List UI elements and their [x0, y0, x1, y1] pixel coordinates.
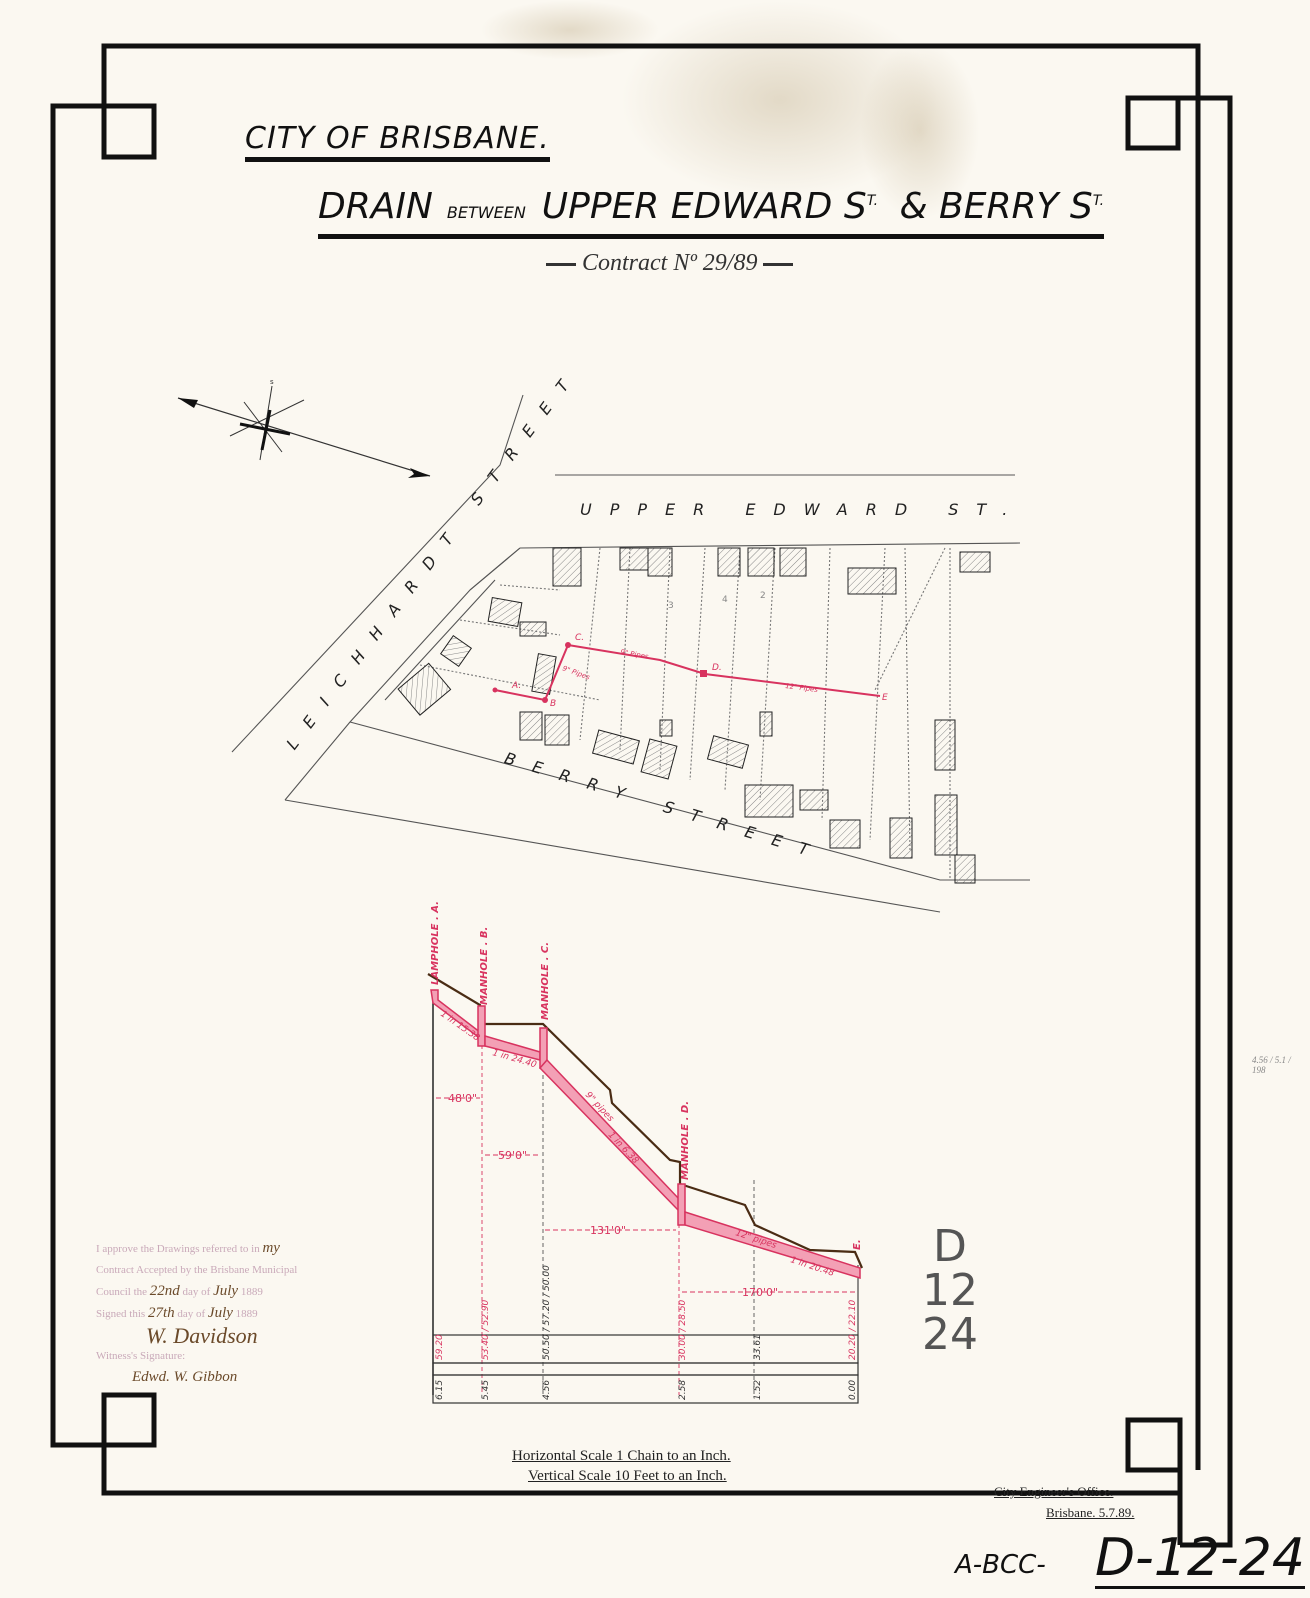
cert-line: day of	[183, 1286, 211, 1298]
cert-handwriting: July	[208, 1305, 233, 1321]
manhole-label-c: MANHOLE . C.	[540, 942, 551, 1020]
cert-line: 1889	[241, 1286, 263, 1298]
distance-label: 131'0"	[590, 1224, 626, 1237]
witness-signature: Edwd. W. Gibbon	[96, 1367, 297, 1388]
depth-value: 4.56	[542, 1380, 552, 1400]
distance-label: 170'0"	[742, 1286, 778, 1299]
approval-certificate: I approve the Drawings referred to in my…	[96, 1238, 297, 1388]
depth-value: 0.00	[848, 1380, 858, 1400]
depth-value: 5.45	[481, 1380, 491, 1400]
depth-value: 2.58	[678, 1380, 688, 1400]
cert-handwriting: July	[213, 1283, 238, 1299]
surface-level: 50.50 / 57.20 / 50.00	[542, 1265, 552, 1360]
witness-label: Witness's Signature:	[96, 1346, 297, 1367]
vertical-scale-note: Vertical Scale 10 Feet to an Inch.	[528, 1468, 727, 1485]
manhole-label-d: MANHOLE . D.	[680, 1101, 691, 1180]
horizontal-scale-note: Horizontal Scale 1 Chain to an Inch.	[512, 1448, 731, 1465]
cert-line: 1889	[236, 1308, 258, 1320]
cert-handwriting: my	[262, 1240, 280, 1256]
gradient-label: 1 in 6.38	[606, 1130, 641, 1166]
office-stamp-line1: City Engineer's Office.	[994, 1484, 1113, 1500]
archive-code: D-12-24	[1095, 1530, 1305, 1589]
cert-line: Contract Accepted by the Brisbane Munici…	[96, 1260, 297, 1281]
signature: W. Davidson	[96, 1325, 297, 1346]
cert-line: day of	[177, 1308, 205, 1320]
distance-label: 59'0"	[498, 1149, 527, 1162]
manhole-label-b: MANHOLE . B.	[479, 927, 490, 1005]
surface-level: 33.61	[753, 1334, 763, 1360]
surface-level: 53.40 / 52.90	[481, 1299, 491, 1360]
cert-line: Signed this	[96, 1308, 145, 1320]
surface-level: 30.00 / 28.50	[678, 1299, 688, 1360]
pencil-line: 12	[915, 1269, 985, 1313]
manhole-label-e: E.	[852, 1239, 863, 1250]
depth-value: 6.15	[435, 1380, 445, 1400]
pencil-line: D	[915, 1225, 985, 1269]
manhole-label-a: LAMPHOLE . A.	[430, 901, 441, 985]
office-stamp-line2: Brisbane. 5.7.89.	[1046, 1505, 1134, 1521]
cert-handwriting: 22nd	[150, 1283, 180, 1299]
cert-line: Council the	[96, 1286, 147, 1298]
cert-handwriting: 27th	[148, 1305, 175, 1321]
pencil-line: 24	[915, 1313, 985, 1357]
archive-prefix: A-BCC-	[955, 1550, 1046, 1580]
distance-label: 48'0"	[448, 1092, 477, 1105]
depth-value: 1.52	[753, 1380, 763, 1400]
surface-level: 59.20	[435, 1334, 445, 1360]
margin-note: 4.56 / 5.1 / 198	[1252, 1055, 1292, 1075]
gradient-label: 1 in 15.38	[438, 1009, 481, 1043]
cert-line: I approve the Drawings referred to in	[96, 1243, 260, 1255]
pencil-annotation: D 12 24	[915, 1225, 985, 1357]
surface-level: 20.20 / 22.10	[848, 1299, 858, 1360]
